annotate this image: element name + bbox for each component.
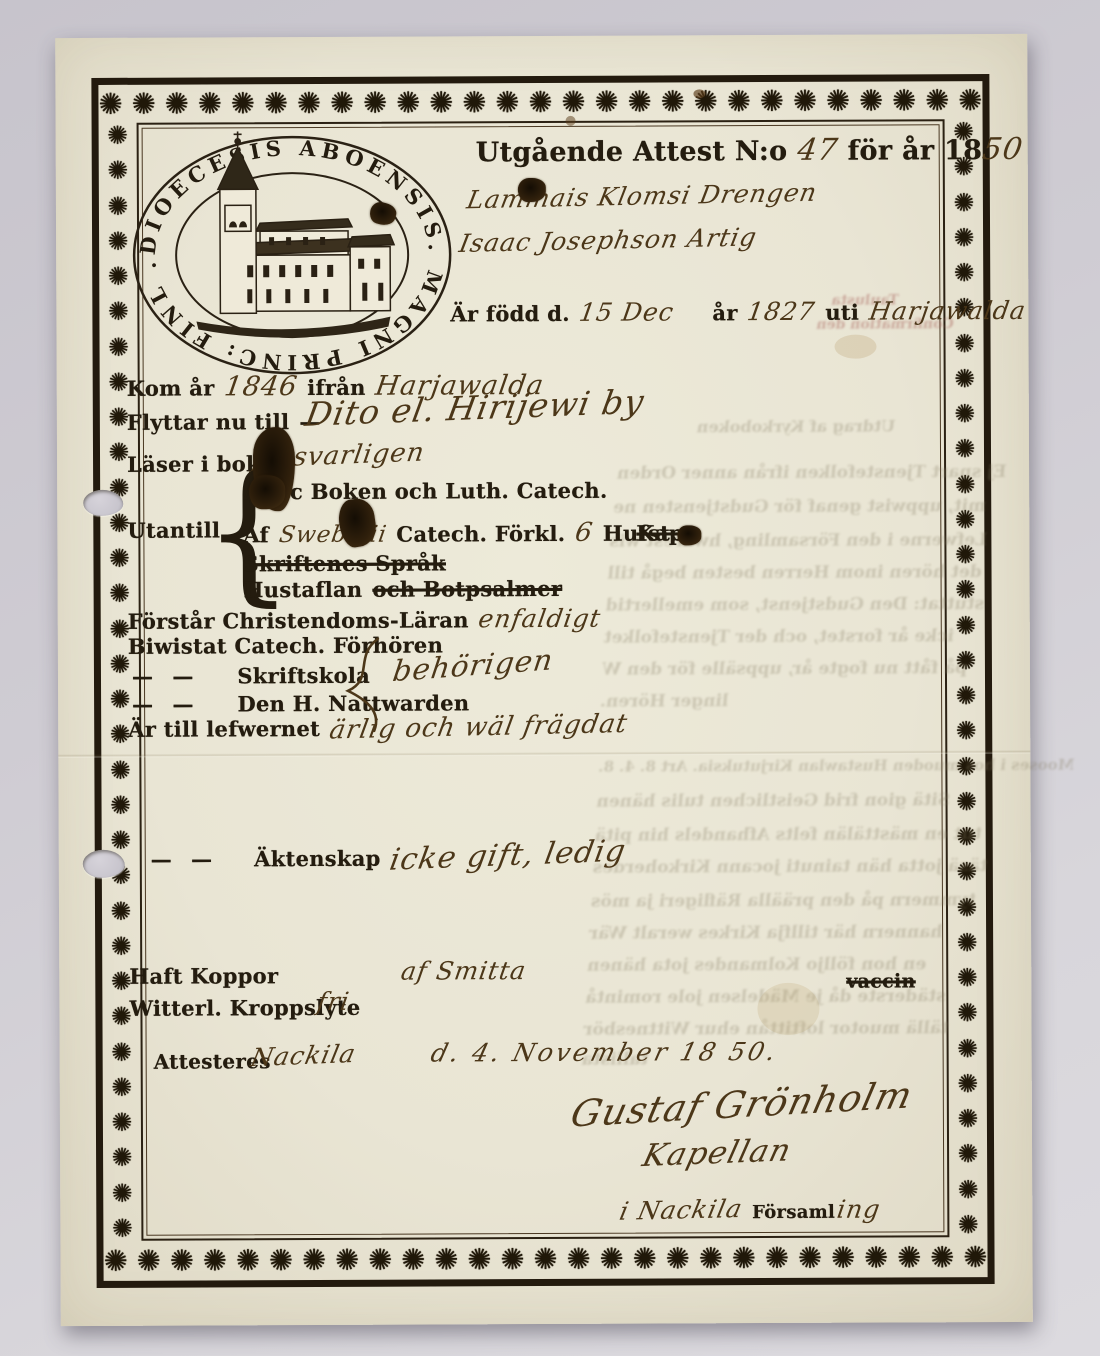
stain: [834, 335, 876, 359]
signature-title: Kapellan: [639, 1132, 795, 1174]
utantill-row2-p1: Af: [243, 522, 269, 547]
defect-value: fri: [315, 987, 352, 1016]
fold-crease: [58, 750, 1030, 758]
marriage-label: Äktenskap: [254, 846, 381, 872]
utantill-row4-p1: Hustaflan: [244, 577, 363, 603]
smallpox-value: af Smitta: [399, 956, 528, 986]
born-label: Är född d.: [450, 301, 569, 327]
utantill-row2-p2: Catech. Förkl.: [396, 521, 565, 547]
attended-row2-dashes: — —: [132, 664, 199, 689]
born-line: Är född d. 15 Dec år 1827 uti Harjawalda: [450, 296, 1025, 328]
certificate-content: DIOECESIS ABOENSIS. MAGNI PRINC: FINL .: [55, 34, 1033, 1326]
utantill-row4: Hustaflan och Botpsalmer: [244, 576, 563, 602]
recipient-line-1: Lammais Klomsi Drengen: [465, 178, 820, 215]
smallpox-label: Haft Koppor: [129, 963, 278, 989]
ink-blot: [677, 525, 701, 545]
parish-handwritten-suffix: ing: [835, 1195, 883, 1224]
conduct-label: Är till lefwernet: [128, 716, 320, 742]
attended-row2: — — Skriftskola: [132, 663, 370, 689]
stain: [693, 89, 705, 98]
parish-printed: Församl: [752, 1202, 835, 1223]
photo-background: ✺✺✺✺✺✺✺✺✺✺✺✺✺✺✺✺✺✺✺✺✺✺✺✺✺✺✺ ✺✺✺✺✺✺✺✺✺✺✺✺…: [0, 0, 1100, 1356]
ink-blot: [518, 178, 546, 202]
christendom-value: enfaldigt: [477, 604, 604, 634]
parish-handwritten-pre: i Nackila: [617, 1194, 745, 1226]
born-day: 15 Dec: [578, 297, 677, 326]
born-place: Harjawalda: [867, 296, 1028, 326]
header-line: Utgående Attest N:o 47 för år 18 50: [476, 132, 1023, 169]
paper-hole: [83, 490, 123, 516]
paper-hole: [83, 850, 125, 878]
seal-graphic: DIOECESIS ABOENSIS. MAGNI PRINC: FINL .: [126, 130, 459, 379]
christendom-label: Förstår Christendoms-Läran: [128, 607, 469, 633]
attest-year-hw: 50: [980, 132, 1026, 167]
conduct-value: ärlig och wäl frägdat: [327, 709, 630, 745]
utantill-row1: A b c Boken och Luth. Catech.: [243, 478, 607, 505]
conduct-line: Är till lefwernet ärlig och wäl frägdat: [128, 712, 627, 744]
christendom-line: Förstår Christendoms-Läran enfaldigt: [128, 604, 601, 635]
came-year: 1846: [222, 371, 299, 402]
stain: [566, 116, 576, 126]
utantill-row4-struck: och Botpsalmer: [372, 576, 562, 602]
parish-line: i Nackila Församl ing: [620, 1195, 880, 1225]
utantill-row2: Af Swebelii Catech. Förkl. 6 Hufst.: [243, 517, 677, 549]
marriage-line: — — Äktenskap icke gift, ledig: [151, 838, 625, 875]
moves-line: Flyttar nu till —: [127, 409, 321, 435]
signature-name: Gustaf Grönholm: [567, 1074, 918, 1136]
came-label1: Kom år: [127, 375, 215, 400]
born-place-label: uti: [825, 300, 859, 325]
header-printed2: för år 18: [848, 135, 983, 167]
diocese-seal: DIOECESIS ABOENSIS. MAGNI PRINC: FINL .: [126, 130, 459, 379]
utantill-row3-struck: Skriftenes Språk: [243, 550, 446, 576]
header-printed: Utgående Attest N:o: [476, 136, 788, 168]
attest-date: d. 4. November 18 50.: [428, 1037, 782, 1068]
born-year: 1827: [745, 297, 817, 326]
utantill-row2-hw2: 6: [573, 518, 595, 548]
marriage-dashes: — —: [151, 846, 218, 871]
stain: [757, 983, 819, 1035]
recipient-line-2: Isaac Josephson Artig: [457, 222, 760, 257]
smallpox-struck-vaccin: vaccin: [846, 970, 915, 992]
attest-place: Nackila: [248, 1039, 359, 1072]
attest-number: 47: [795, 133, 841, 168]
certificate-paper: ✺✺✺✺✺✺✺✺✺✺✺✺✺✺✺✺✺✺✺✺✺✺✺✺✺✺✺ ✺✺✺✺✺✺✺✺✺✺✺✺…: [55, 34, 1033, 1326]
marriage-value: icke gift, ledig: [387, 834, 629, 878]
born-year-label: år: [712, 300, 737, 325]
ink-blot: [249, 475, 285, 509]
